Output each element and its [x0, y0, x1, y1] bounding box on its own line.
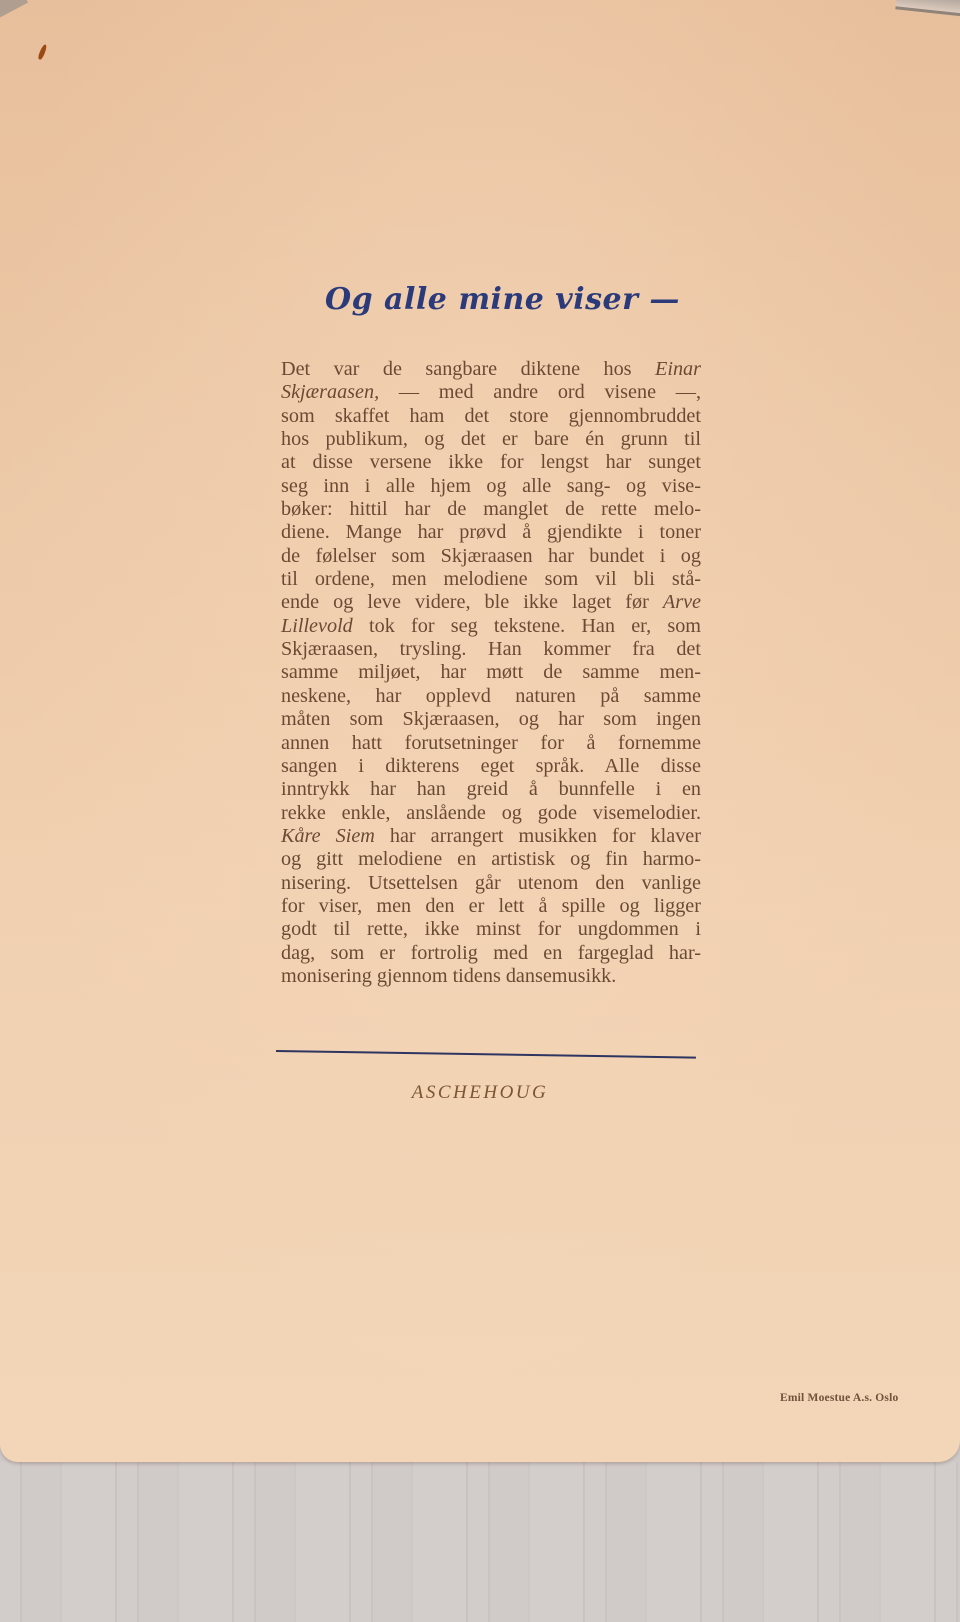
text-line: til ordene, men melodiene som vil bli st… [281, 568, 701, 591]
text-line: inntrykk har han greid å bunnfelle i en [281, 778, 701, 801]
text-line: seg inn i alle hjem og alle sang- og vis… [281, 475, 701, 498]
text-run: Skjæraasen, trysling. Han kommer fra det [281, 638, 701, 660]
divider-rule [276, 1050, 696, 1059]
text-run: Det var de sangbare diktene hos [281, 358, 655, 380]
text-run: monisering gjennom tidens dansemusikk. [281, 965, 616, 987]
text-run: diene. Mange har prøvd å gjendikte i ton… [281, 521, 701, 543]
text-line: hos publikum, og det er bare én grunn ti… [281, 428, 701, 451]
text-run: at disse versene ikke for lengst har sun… [281, 451, 701, 473]
text-run: og gitt melodiene en artistisk og fin ha… [281, 848, 701, 870]
text-line: sangen i dikterens eget språk. Alle diss… [281, 755, 701, 778]
publisher-name: ASCHEHOUG [370, 1082, 590, 1104]
text-run: seg inn i alle hjem og alle sang- og vis… [281, 475, 701, 497]
text-line: godt til rette, ikke minst for ungdommen… [281, 918, 701, 941]
italic-name: Lillevold [281, 615, 353, 637]
text-run: hos publikum, og det er bare én grunn ti… [281, 428, 701, 450]
text-line: for viser, men den er lett å spille og l… [281, 895, 701, 918]
text-run: for viser, men den er lett å spille og l… [281, 895, 701, 917]
text-line: bøker: hittil har de manglet de rette me… [281, 498, 701, 521]
text-line: diene. Mange har prøvd å gjendikte i ton… [281, 521, 701, 544]
text-run: de følelser som Skjæraasen har bundet i … [281, 545, 701, 567]
text-line: Skjæraasen, — med andre ord visene —, [281, 381, 701, 404]
text-run: annen hatt forutsetninger for å fornemme [281, 732, 701, 754]
italic-name: Einar [655, 358, 701, 380]
book-back-cover: Og alle mine viser — Det var de sangbare… [0, 0, 960, 1462]
torn-corner-top-left [0, 0, 28, 18]
italic-name: Skjæraasen, [281, 381, 379, 403]
italic-name: Arve [663, 591, 701, 613]
text-line: ende og leve videre, ble ikke laget før … [281, 591, 701, 614]
text-run: bøker: hittil har de manglet de rette me… [281, 498, 701, 520]
italic-name: Kåre Siem [281, 825, 375, 847]
text-run: samme miljøet, har møtt de samme men- [281, 661, 701, 683]
text-run: som skaffet ham det store gjennombruddet [281, 405, 701, 427]
text-line: Skjæraasen, trysling. Han kommer fra det [281, 638, 701, 661]
text-run: inntrykk har han greid å bunnfelle i en [281, 778, 701, 800]
text-line: Lillevold tok for seg tekstene. Han er, … [281, 615, 701, 638]
text-run: nisering. Utsettelsen går utenom den van… [281, 872, 701, 894]
text-line: samme miljøet, har møtt de samme men- [281, 661, 701, 684]
text-run: sangen i dikterens eget språk. Alle diss… [281, 755, 701, 777]
text-line: Kåre Siem har arrangert musikken for kla… [281, 825, 701, 848]
text-run: måten som Skjæraasen, og har som ingen [281, 708, 701, 730]
printer-credit: Emil Moestue A.s. Oslo [780, 1392, 898, 1404]
text-line: dag, som er fortrolig med en fargeglad h… [281, 942, 701, 965]
text-run: rekke enkle, anslående og gode visemelod… [281, 802, 701, 824]
text-run: — med andre ord visene —, [379, 381, 701, 403]
text-run: til ordene, men melodiene som vil bli st… [281, 568, 701, 590]
text-run: har arrangert musikken for klaver [375, 825, 701, 847]
scanner-background [0, 1462, 960, 1622]
text-line: de følelser som Skjæraasen har bundet i … [281, 545, 701, 568]
text-line: og gitt melodiene en artistisk og fin ha… [281, 848, 701, 871]
text-line: monisering gjennom tidens dansemusikk. [281, 965, 701, 988]
ink-speck [37, 44, 48, 61]
text-run: godt til rette, ikke minst for ungdommen… [281, 918, 701, 940]
torn-corner-top-right [895, 0, 960, 17]
text-run: dag, som er fortrolig med en fargeglad h… [281, 942, 701, 964]
text-run: tok for seg tekstene. Han er, som [353, 615, 701, 637]
text-line: måten som Skjæraasen, og har som ingen [281, 708, 701, 731]
cover-title: Og alle mine viser — [325, 282, 670, 317]
text-line: som skaffet ham det store gjennombruddet [281, 405, 701, 428]
text-line: Det var de sangbare diktene hos Einar [281, 358, 701, 381]
text-line: neskene, har opplevd naturen på samme [281, 685, 701, 708]
text-line: rekke enkle, anslående og gode visemelod… [281, 802, 701, 825]
text-run: ende og leve videre, ble ikke laget før [281, 591, 663, 613]
blurb-text: Det var de sangbare diktene hos EinarSkj… [281, 358, 701, 988]
text-line: at disse versene ikke for lengst har sun… [281, 451, 701, 474]
text-run: neskene, har opplevd naturen på samme [281, 685, 701, 707]
text-line: annen hatt forutsetninger for å fornemme [281, 732, 701, 755]
text-line: nisering. Utsettelsen går utenom den van… [281, 872, 701, 895]
